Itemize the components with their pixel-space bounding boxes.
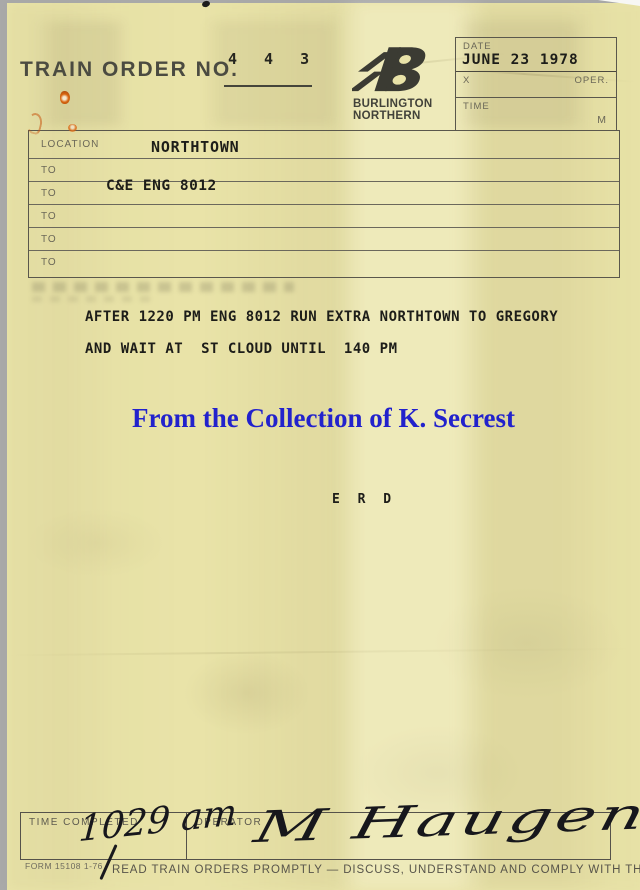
logo-line1: BURLINGTON bbox=[353, 98, 432, 110]
scanned-train-order-paper: TRAIN ORDER NO. 4 4 3 BURLINGTON NORTHER… bbox=[7, 3, 640, 890]
to-label: TO bbox=[41, 165, 57, 176]
logo-line2: NORTHERN bbox=[353, 110, 421, 122]
operator-initials: E R D bbox=[332, 492, 396, 507]
date-value: JUNE 23 1978 bbox=[462, 52, 579, 68]
date-box: DATE JUNE 23 1978 X OPER. TIME M bbox=[455, 37, 617, 131]
to-value: C&E ENG 8012 bbox=[106, 178, 217, 194]
order-text-line1: AFTER 1220 PM ENG 8012 RUN EXTRA NORTHTO… bbox=[85, 309, 558, 325]
location-value: NORTHTOWN bbox=[151, 138, 239, 156]
location-label: LOCATION bbox=[41, 139, 99, 150]
ink-bleed-through bbox=[32, 282, 294, 292]
order-text-line2: AND WAIT AT ST CLOUD UNTIL 140 PM bbox=[85, 341, 398, 357]
date-label: DATE bbox=[463, 41, 492, 52]
collection-watermark: From the Collection of K. Secrest bbox=[7, 403, 640, 434]
time-label: TIME bbox=[463, 101, 490, 112]
time-row: TIME M bbox=[456, 98, 616, 128]
oper-label: OPER. bbox=[574, 75, 609, 86]
to-label: TO bbox=[41, 188, 57, 199]
ink-bleed-through bbox=[32, 296, 152, 302]
burlington-northern-wordmark: BURLINGTON NORTHERN bbox=[353, 98, 432, 122]
orange-stain bbox=[68, 124, 77, 132]
date-row: DATE JUNE 23 1978 bbox=[456, 38, 616, 72]
orange-stain bbox=[60, 91, 70, 104]
to-label: TO bbox=[41, 234, 57, 245]
burlington-northern-logo-icon bbox=[352, 44, 434, 96]
meridiem-label: M bbox=[597, 114, 606, 126]
x-oper-row: X OPER. bbox=[456, 72, 616, 98]
form-title: TRAIN ORDER NO. bbox=[20, 58, 239, 82]
paper-crease bbox=[7, 648, 640, 657]
x-label: X bbox=[463, 75, 470, 86]
form-number: FORM 15108 1-76 bbox=[25, 861, 103, 871]
to-label: TO bbox=[41, 211, 57, 222]
to-label: TO bbox=[41, 257, 57, 268]
to-row: TO bbox=[29, 228, 619, 251]
address-box: LOCATION TO TO TO TO TO NORTHTOWN C&E EN… bbox=[28, 130, 620, 278]
to-row: TO bbox=[29, 205, 619, 228]
location-row: LOCATION bbox=[29, 131, 619, 159]
to-row: TO bbox=[29, 251, 619, 274]
order-number-underline bbox=[224, 65, 312, 87]
safety-slogan: READ TRAIN ORDERS PROMPTLY — DISCUSS, UN… bbox=[112, 864, 640, 876]
